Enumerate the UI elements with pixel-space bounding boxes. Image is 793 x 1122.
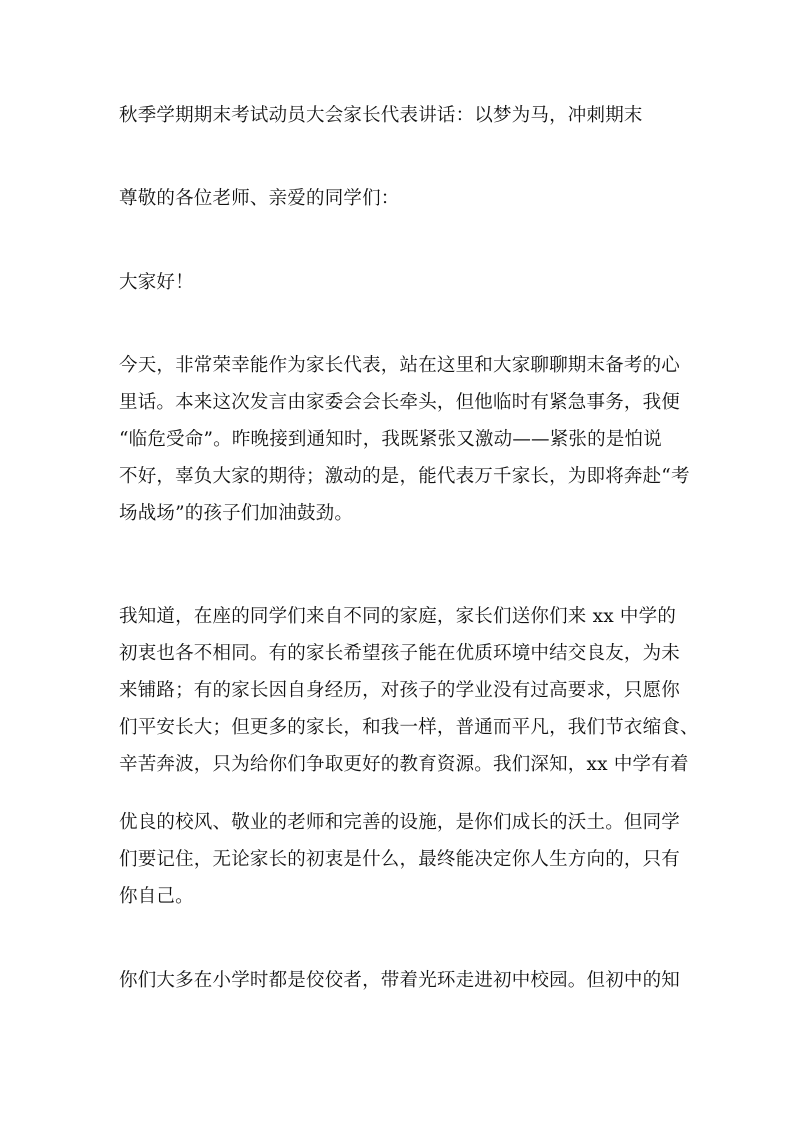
paragraph-line: 今天，非常荣幸能作为家长代表，站在这里和大家聊聊期末备考的心 — [119, 354, 680, 378]
paragraph-line: 场战场”的孩子们加油鼓劲。 — [119, 502, 353, 526]
paragraph-line: 初衷也各不相同。有的家长希望孩子能在优质环境中结交良友，为未 — [119, 642, 680, 666]
paragraph-line: 里话。本来这次发言由家委会会长牵头，但他临时有紧急事务，我便 — [119, 391, 680, 415]
salutation: 尊敬的各位老师、亲爱的同学们： — [119, 187, 400, 211]
paragraph-line: 来铺路；有的家长因自身经历，对孩子的学业没有过高要求，只愿你 — [119, 679, 680, 703]
paragraph-line: 优良的校风、敬业的老师和完善的设施，是你们成长的沃土。但同学 — [119, 811, 680, 835]
paragraph-line: 你自己。 — [119, 885, 194, 909]
greeting: 大家好！ — [119, 271, 194, 295]
paragraph-line: 辛苦奔波，只为给你们争取更好的教育资源。我们深知，xx 中学有着 — [119, 753, 689, 777]
paragraph-line: 们要记住，无论家长的初衷是什么，最终能决定你人生方向的，只有 — [119, 848, 680, 872]
document-title: 秋季学期期末考试动员大会家长代表讲话：以梦为马，冲刺期末 — [119, 104, 643, 128]
paragraph-line: “临危受命”。昨晚接到通知时，我既紧张又激动——紧张的是怕说 — [119, 428, 662, 452]
paragraph-line: 你们大多在小学时都是佼佼者，带着光环走进初中校园。但初中的知 — [119, 969, 680, 993]
paragraph-line: 我知道，在座的同学们来自不同的家庭，家长们送你们来 xx 中学的 — [119, 605, 676, 629]
paragraph-line: 们平安长大；但更多的家长，和我一样，普通而平凡，我们节衣缩食、 — [119, 716, 699, 740]
paragraph-line: 不好，辜负大家的期待；激动的是，能代表万千家长，为即将奔赴“考 — [119, 465, 690, 489]
